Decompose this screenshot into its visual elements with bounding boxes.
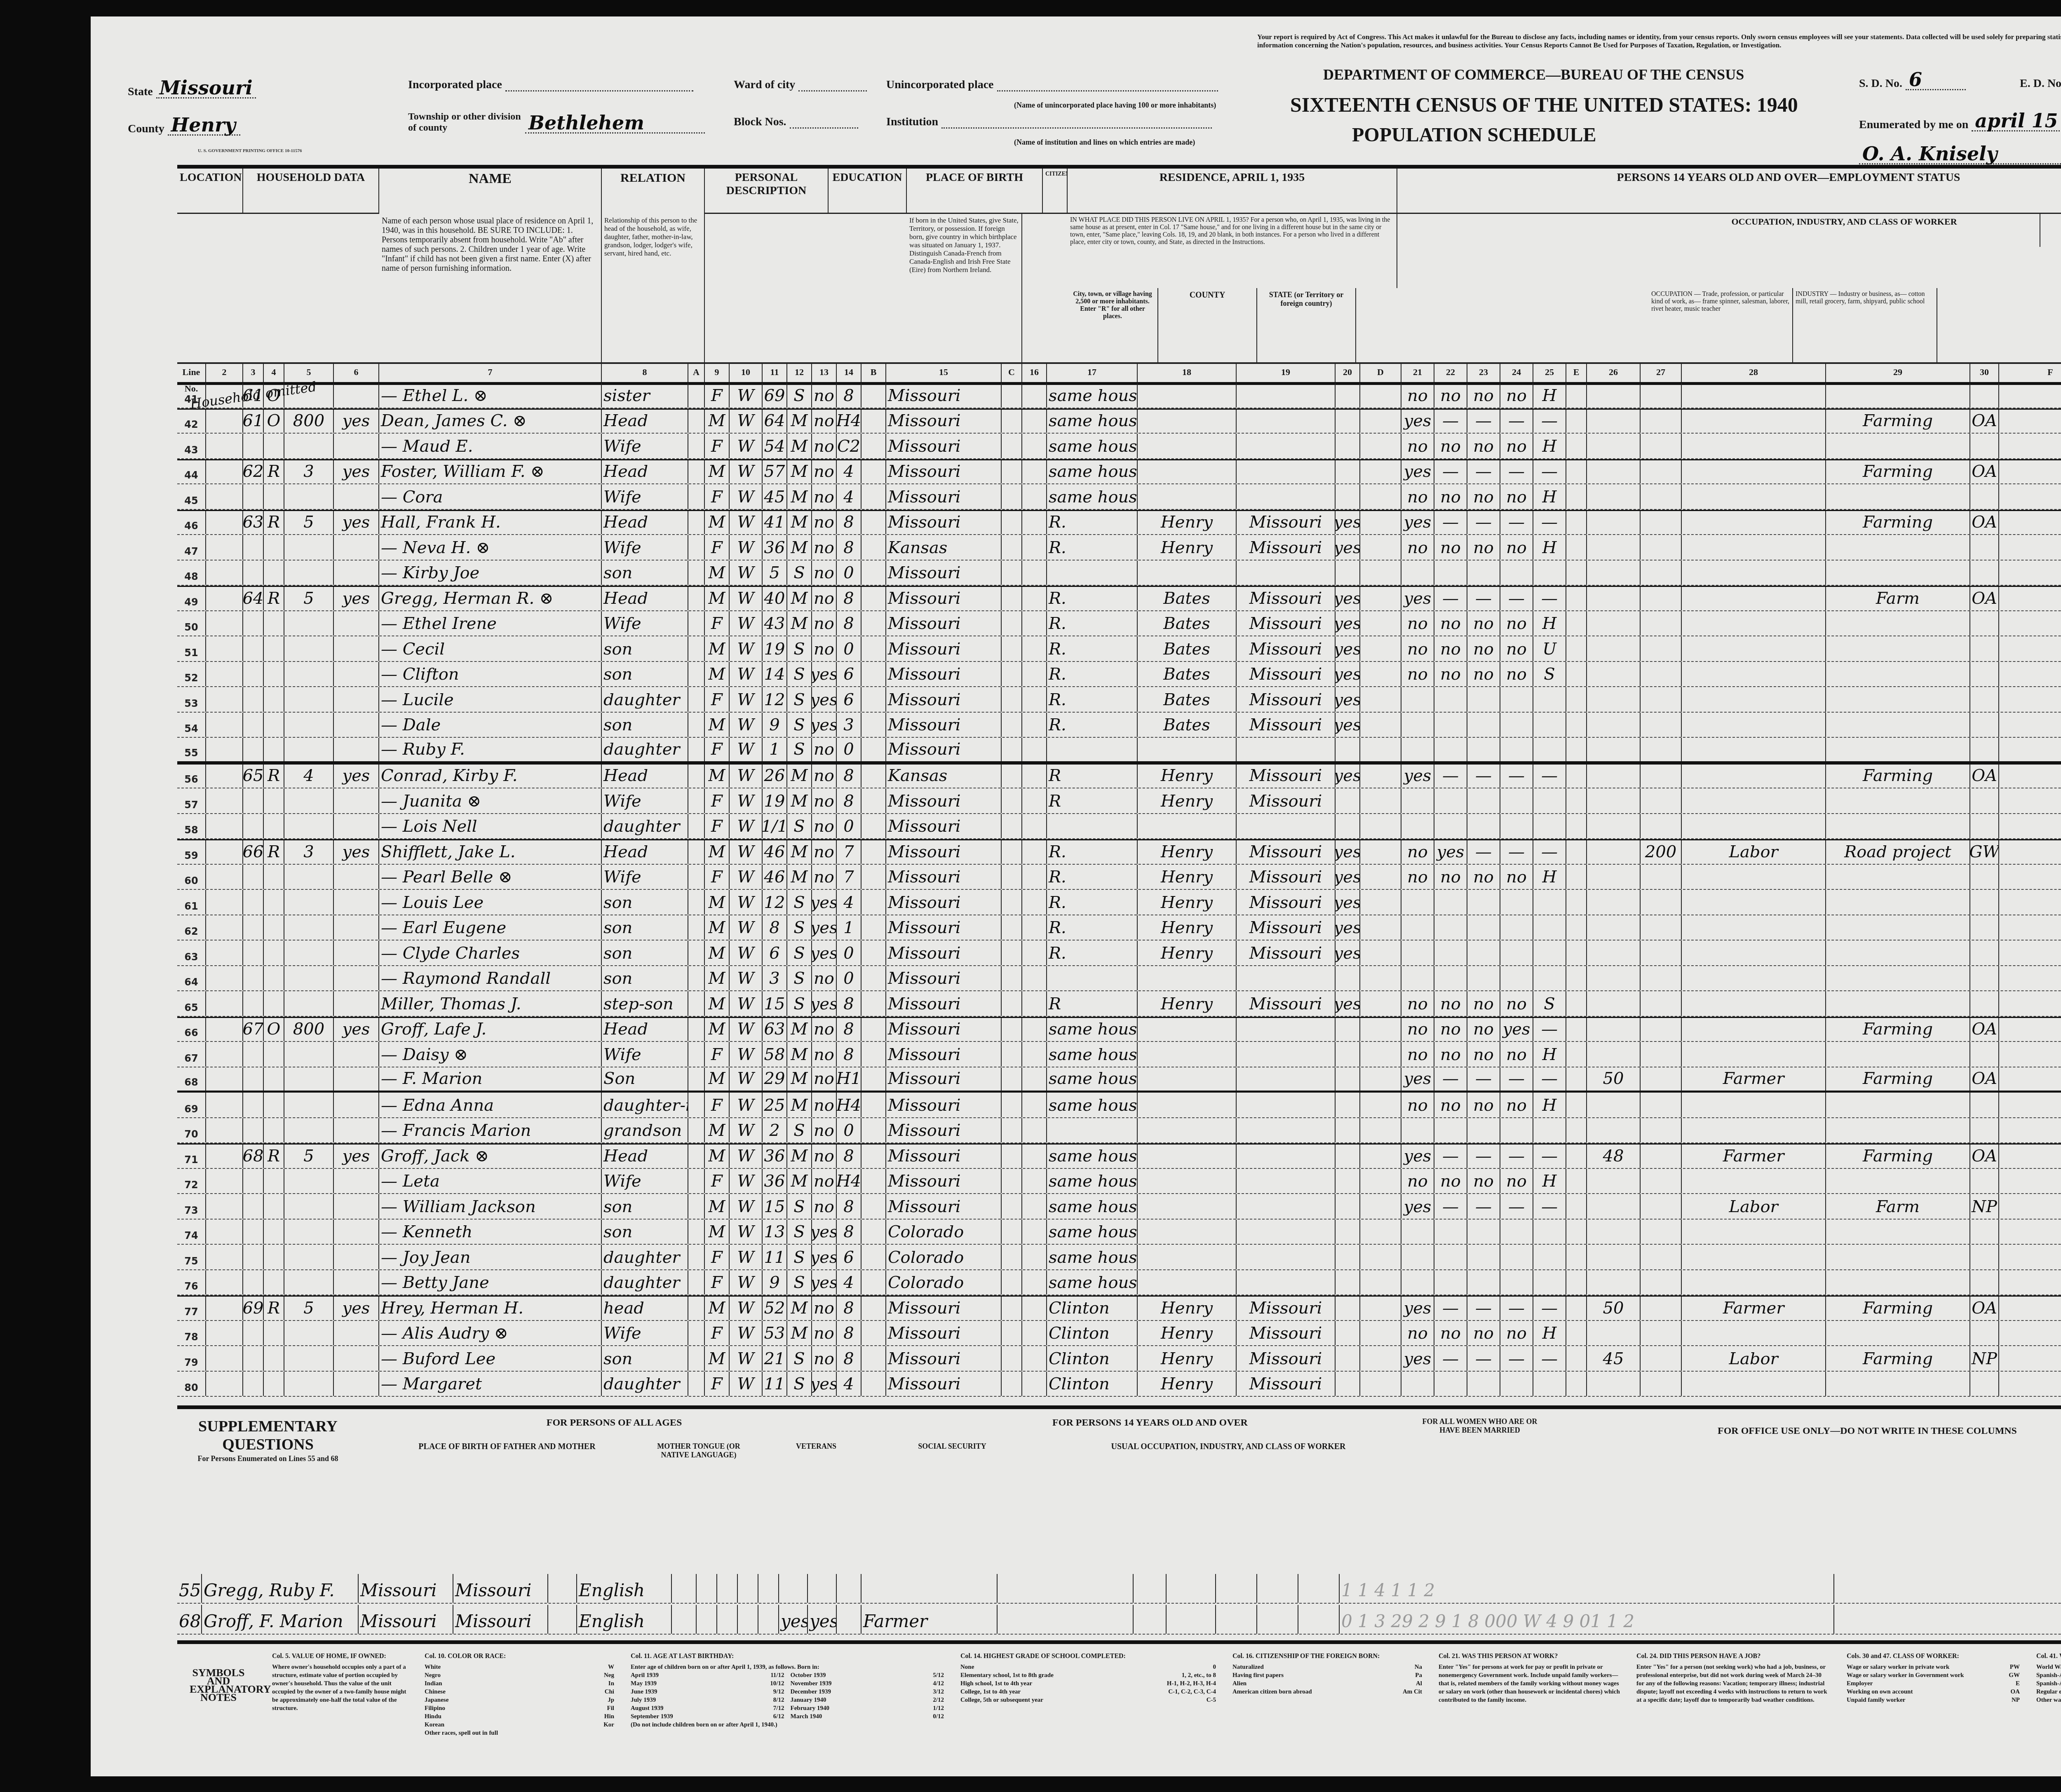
cell-farm: yes (334, 410, 379, 433)
cell-age: 25 (763, 1093, 787, 1117)
cell-code-loc (206, 765, 243, 788)
supp-cell-col-39 (697, 1574, 717, 1603)
cell-res-farm: yes (1336, 991, 1360, 1016)
cell-code-D (1360, 1245, 1401, 1269)
cell-name: — F. Marion (379, 1067, 602, 1091)
cell-w24: — (1500, 587, 1533, 610)
cell-hours (1587, 814, 1641, 839)
cell-sex: F (705, 814, 730, 839)
cell-w22 (1434, 915, 1467, 940)
cell-farm: yes (334, 840, 379, 864)
cell-code-E (1566, 434, 1587, 458)
cell-race: W (730, 611, 763, 636)
cell-code-C (1002, 1270, 1022, 1295)
cell-w21: yes (1401, 1194, 1434, 1219)
cell-res-county (1138, 460, 1237, 484)
cell-farm (334, 636, 379, 661)
cell-birthplace: Missouri (886, 1042, 1002, 1067)
cell-school: no (812, 966, 837, 991)
cell-cow: GW (1970, 840, 1999, 864)
cell-tenure (264, 814, 284, 839)
cell-w23: no (1467, 1169, 1500, 1194)
cell-farm (334, 1194, 379, 1219)
cell-w25 (1533, 1270, 1566, 1295)
cell-code-C (1002, 434, 1022, 458)
cell-code-E (1566, 840, 1587, 864)
supp-cell-mother: Missouri (453, 1574, 548, 1603)
cell-code-16 (1022, 1067, 1047, 1091)
cell-code-E (1566, 460, 1587, 484)
cell-w23 (1467, 1270, 1500, 1295)
cell-w21: no (1401, 611, 1434, 636)
cell-tenure (264, 1321, 284, 1346)
cell-cow: OA (1970, 1145, 1999, 1168)
cell-code-loc (206, 1220, 243, 1244)
cell-farm (334, 1372, 379, 1396)
cell-tenure: R (264, 511, 284, 535)
cell-sex: M (705, 890, 730, 915)
cell-industry (1826, 1042, 1970, 1067)
cell-grade: 0 (837, 966, 861, 991)
cell-relation: son (602, 915, 688, 940)
cell-res-county (1138, 410, 1237, 433)
cell-birthplace: Missouri (886, 484, 1002, 509)
cell-value: 5 (284, 511, 334, 535)
cell-code-F (1999, 713, 2061, 737)
cell-hours (1587, 410, 1641, 433)
cell-code-F (1999, 1118, 2061, 1143)
cell-w24 (1500, 941, 1533, 965)
cell-code-A (688, 662, 705, 687)
cell-w21 (1401, 713, 1434, 737)
cell-w25: H (1533, 383, 1566, 408)
supplementary-title: SUPPLEMENTARY QUESTIONS (185, 1417, 350, 1454)
cell-farm (334, 814, 379, 839)
cell-tenure (264, 991, 284, 1016)
table-row: 69— Edna Annadaughter-in-lawFW25MnoH4Mis… (177, 1093, 2061, 1118)
cell-tenure (264, 1346, 284, 1371)
cell-res-farm (1336, 1145, 1360, 1168)
cell-code-E (1566, 713, 1587, 737)
cell-birthplace: Missouri (886, 1169, 1002, 1194)
cell-code-16 (1022, 662, 1047, 687)
cell-occupation (1682, 713, 1826, 737)
cell-res-city: same house (1047, 1145, 1138, 1168)
cell-res-state (1237, 383, 1336, 408)
cell-industry (1826, 611, 1970, 636)
cell-res-state: Missouri (1237, 535, 1336, 560)
table-row: 4161O— Ethel L. ⊗sisterFW69Sno8Missouris… (177, 383, 2061, 408)
cell-race: W (730, 814, 763, 839)
cell-birthplace: Missouri (886, 840, 1002, 864)
cell-weeks-unemp (1641, 1245, 1682, 1269)
cell-w22: — (1434, 587, 1467, 610)
cell-school: no (812, 636, 837, 661)
cell-res-city: R. (1047, 890, 1138, 915)
cell-age: 9 (763, 1270, 787, 1295)
supp-cell-col-code (548, 1574, 577, 1603)
population-table: LOCATION HOUSEHOLD DATA NAME Name of eac… (177, 165, 2061, 1405)
cell-res-county: Henry (1138, 511, 1237, 535)
cell-weeks-unemp (1641, 383, 1682, 408)
cell-cow: OA (1970, 1018, 1999, 1041)
cell-dwelling (243, 966, 264, 991)
cell-value (284, 814, 334, 839)
cell-code-C (1002, 535, 1022, 560)
cell-w21 (1401, 890, 1434, 915)
table-row: 68— F. MarionSonMW29MnoH1Missourisame ho… (177, 1067, 2061, 1093)
supp-cell-col-44 (837, 1605, 861, 1634)
cell-sex: F (705, 611, 730, 636)
cell-code-B (861, 1145, 886, 1168)
cell-name: Hall, Frank H. (379, 511, 602, 535)
cell-code-A (688, 788, 705, 813)
cell-dwelling: 66 (243, 840, 264, 864)
cell-res-city: same house (1047, 434, 1138, 458)
cell-hours (1587, 687, 1641, 712)
cell-school: no (812, 484, 837, 509)
note-item: January 19402/12 (791, 1696, 944, 1704)
cell-grade: 4 (837, 484, 861, 509)
cell-w21: yes (1401, 1346, 1434, 1371)
cell-value: 3 (284, 460, 334, 484)
cell-code-16 (1022, 1194, 1047, 1219)
cell-code-E (1566, 941, 1587, 965)
cell-code-loc (206, 1372, 243, 1396)
cell-dwelling (243, 814, 264, 839)
cell-code-B (861, 1118, 886, 1143)
note-item: AlienAl (1232, 1679, 1422, 1688)
cell-dwelling (243, 890, 264, 915)
cell-occupation (1682, 460, 1826, 484)
cell-race: W (730, 966, 763, 991)
cell-w23: no (1467, 484, 1500, 509)
cell-code-D (1360, 561, 1401, 585)
cell-farm: yes (334, 587, 379, 610)
cell-w25: — (1533, 587, 1566, 610)
table-row: 64— Raymond RandallsonMW3Sno0Missouri64 (177, 966, 2061, 992)
cell-tenure (264, 865, 284, 889)
cell-occupation (1682, 1220, 1826, 1244)
schedule-title: POPULATION SCHEDULE (1352, 124, 1596, 146)
cell-industry: Farm (1826, 587, 1970, 610)
cell-hours (1587, 1018, 1641, 1041)
cell-res-city: Clinton (1047, 1346, 1138, 1371)
cell-w25: H (1533, 611, 1566, 636)
cell-relation: daughter (602, 1270, 688, 1295)
cell-code-F (1999, 1372, 2061, 1396)
cell-res-farm: yes (1336, 511, 1360, 535)
cell-occupation: Farmer (1682, 1145, 1826, 1168)
cell-w25: H (1533, 484, 1566, 509)
table-body: 4161O— Ethel L. ⊗sisterFW69Sno8Missouris… (177, 383, 2061, 1397)
cell-farm (334, 662, 379, 687)
cell-sex: F (705, 1270, 730, 1295)
cell-w25 (1533, 1118, 1566, 1143)
cell-res-county (1138, 1169, 1237, 1194)
cell-code-loc (206, 687, 243, 712)
cell-res-farm (1336, 1372, 1360, 1396)
cell-code-E (1566, 1093, 1587, 1117)
table-row: 74— KennethsonMW13Syes8Coloradosame hous… (177, 1220, 2061, 1245)
cell-res-state: Missouri (1237, 1321, 1336, 1346)
cell-res-county (1138, 1067, 1237, 1091)
cell-code-C (1002, 1018, 1022, 1041)
cell-cow (1970, 814, 1999, 839)
cell-sex: M (705, 410, 730, 433)
cell-w21 (1401, 1372, 1434, 1396)
table-row: 47— Neva H. ⊗WifeFW36Mno8KansasR.HenryMi… (177, 535, 2061, 561)
cell-marital: S (787, 662, 812, 687)
cell-res-city: Clinton (1047, 1297, 1138, 1320)
cell-value (284, 1093, 334, 1117)
cell-industry (1826, 484, 1970, 509)
cell-relation: Head (602, 765, 688, 788)
cell-marital: M (787, 1321, 812, 1346)
cell-code-16 (1022, 611, 1047, 636)
cell-farm (334, 561, 379, 585)
cell-code-F (1999, 1321, 2061, 1346)
cell-value (284, 561, 334, 585)
cell-res-farm (1336, 1346, 1360, 1371)
cell-code-loc (206, 788, 243, 813)
cell-farm (334, 484, 379, 509)
cell-code-C (1002, 1118, 1022, 1143)
cell-w25: — (1533, 1145, 1566, 1168)
block-field: Block Nos. (734, 115, 858, 129)
cell-hours (1587, 484, 1641, 509)
cell-name: — Cecil (379, 636, 602, 661)
cell-tenure (264, 687, 284, 712)
cell-w22 (1434, 1245, 1467, 1269)
cell-w21 (1401, 1220, 1434, 1244)
cell-occupation (1682, 814, 1826, 839)
cell-birthplace: Missouri (886, 561, 1002, 585)
cell-res-state (1237, 1145, 1336, 1168)
cell-tenure (264, 561, 284, 585)
group-location: LOCATION (177, 169, 243, 214)
cell-code-loc (206, 1145, 243, 1168)
cell-res-state: Missouri (1237, 511, 1336, 535)
cell-birthplace: Missouri (886, 890, 1002, 915)
cell-code-A (688, 383, 705, 408)
cell-line: 48 (177, 561, 206, 585)
cell-tenure: R (264, 460, 284, 484)
cell-code-C (1002, 1093, 1022, 1117)
cell-relation: son (602, 1220, 688, 1244)
cell-code-A (688, 890, 705, 915)
table-row: 70— Francis MariongrandsonMW2Sno0Missour… (177, 1118, 2061, 1144)
cell-school: no (812, 788, 837, 813)
cell-occupation (1682, 434, 1826, 458)
cell-code-F (1999, 687, 2061, 712)
cell-birthplace: Missouri (886, 1018, 1002, 1041)
cell-sex: M (705, 966, 730, 991)
cell-code-B (861, 738, 886, 761)
cell-code-B (861, 484, 886, 509)
cell-w23 (1467, 814, 1500, 839)
cell-marital: S (787, 941, 812, 965)
cell-code-D (1360, 460, 1401, 484)
cell-value (284, 1245, 334, 1269)
cell-industry: Farming (1826, 1346, 1970, 1371)
supp-cell-col-j (1167, 1574, 1216, 1603)
cell-grade: 6 (837, 662, 861, 687)
cell-code-D (1360, 1321, 1401, 1346)
cell-marital: M (787, 484, 812, 509)
cell-w24 (1500, 561, 1533, 585)
cell-code-F (1999, 840, 2061, 864)
cell-w22 (1434, 713, 1467, 737)
cell-res-city (1047, 561, 1138, 585)
cell-w23: — (1467, 410, 1500, 433)
cell-marital: S (787, 1194, 812, 1219)
cell-w23: — (1467, 460, 1500, 484)
cell-res-farm (1336, 1297, 1360, 1320)
cell-name: — Neva H. ⊗ (379, 535, 602, 560)
cell-tenure: O (264, 410, 284, 433)
cell-name: — Ruby F. (379, 738, 602, 761)
cell-w23 (1467, 738, 1500, 761)
cell-code-16 (1022, 1145, 1047, 1168)
cell-sex: F (705, 788, 730, 813)
cell-w24: no (1500, 636, 1533, 661)
cell-w25 (1533, 687, 1566, 712)
cell-cow (1970, 611, 1999, 636)
cell-code-C (1002, 687, 1022, 712)
cell-code-D (1360, 738, 1401, 761)
cell-res-state (1237, 434, 1336, 458)
cell-res-farm (1336, 1194, 1360, 1219)
cell-marital: S (787, 966, 812, 991)
cell-school: no (812, 1042, 837, 1067)
cell-grade: 8 (837, 535, 861, 560)
cell-sex: F (705, 1321, 730, 1346)
cell-tenure: O (264, 383, 284, 408)
cell-res-state: Missouri (1237, 1346, 1336, 1371)
table-row: 79— Buford LeesonMW21Sno8MissouriClinton… (177, 1346, 2061, 1372)
cell-grade: 7 (837, 840, 861, 864)
cell-occupation (1682, 1372, 1826, 1396)
cell-hours (1587, 460, 1641, 484)
cell-relation: son (602, 966, 688, 991)
cell-weeks-unemp: 200 (1641, 840, 1682, 864)
cell-code-16 (1022, 915, 1047, 940)
cell-res-state (1237, 1042, 1336, 1067)
cell-w24: no (1500, 662, 1533, 687)
cell-birthplace: Missouri (886, 991, 1002, 1016)
supp-cell-col-40 (717, 1574, 738, 1603)
cell-code-A (688, 1245, 705, 1269)
cell-code-B (861, 662, 886, 687)
cell-res-county: Bates (1138, 687, 1237, 712)
cell-w25 (1533, 788, 1566, 813)
cell-code-E (1566, 738, 1587, 761)
cell-relation: daughter (602, 1245, 688, 1269)
cell-name: Dean, James C. ⊗ (379, 410, 602, 433)
cell-res-city (1047, 1118, 1138, 1143)
cell-birthplace: Colorado (886, 1220, 1002, 1244)
cell-code-E (1566, 587, 1587, 610)
cell-w25: — (1533, 410, 1566, 433)
cell-code-loc (206, 383, 243, 408)
cell-relation: daughter (602, 1372, 688, 1396)
table-row: 45— CoraWifeFW45Mno4Missourisame houseno… (177, 484, 2061, 510)
cell-farm (334, 738, 379, 761)
cell-relation: daughter (602, 738, 688, 761)
table-row: 80— MargaretdaughterFW11Syes4MissouriCli… (177, 1372, 2061, 1397)
cell-code-A (688, 1018, 705, 1041)
cell-res-city: R. (1047, 587, 1138, 610)
cell-tenure: R (264, 1145, 284, 1168)
cell-race: W (730, 1321, 763, 1346)
cell-birthplace: Missouri (886, 434, 1002, 458)
cell-hours (1587, 991, 1641, 1016)
cell-code-16 (1022, 561, 1047, 585)
cell-name: — Lucile (379, 687, 602, 712)
cell-school: yes (812, 915, 837, 940)
cell-code-C (1002, 662, 1022, 687)
supp-cell-line: 55 (177, 1574, 202, 1603)
cell-dwelling: 63 (243, 511, 264, 535)
cell-grade: 0 (837, 941, 861, 965)
cell-relation: son (602, 561, 688, 585)
cell-res-county (1138, 1042, 1237, 1067)
cell-race: W (730, 865, 763, 889)
cell-code-B (861, 1194, 886, 1219)
cell-code-16 (1022, 890, 1047, 915)
supp-cell-col-i (758, 1574, 779, 1603)
cell-dwelling (243, 1067, 264, 1091)
cell-code-F (1999, 1194, 2061, 1219)
cell-age: 64 (763, 410, 787, 433)
cell-school: no (812, 1118, 837, 1143)
cell-line: 68 (177, 1067, 206, 1091)
cell-weeks-unemp (1641, 941, 1682, 965)
cell-code-16 (1022, 460, 1047, 484)
cell-w21: yes (1401, 460, 1434, 484)
cell-line: 80 (177, 1372, 206, 1396)
cell-cow: OA (1970, 460, 1999, 484)
cell-sex: M (705, 840, 730, 864)
cell-w22: no (1434, 865, 1467, 889)
cell-code-B (861, 1067, 886, 1091)
cell-age: 11 (763, 1372, 787, 1396)
cell-w23: — (1467, 1145, 1500, 1168)
cell-w23: no (1467, 611, 1500, 636)
cell-code-loc (206, 1067, 243, 1091)
cell-grade: 6 (837, 687, 861, 712)
cell-marital: M (787, 611, 812, 636)
cell-race: W (730, 535, 763, 560)
cell-w22: no (1434, 1042, 1467, 1067)
cell-code-C (1002, 941, 1022, 965)
cell-line: 66 (177, 1018, 206, 1041)
cell-birthplace: Missouri (886, 1297, 1002, 1320)
note-item: ChineseChi (425, 1688, 614, 1696)
cell-age: 12 (763, 687, 787, 712)
cell-w21: no (1401, 1321, 1434, 1346)
cell-res-farm (1336, 1093, 1360, 1117)
cell-tenure (264, 611, 284, 636)
cell-code-E (1566, 814, 1587, 839)
cell-w25: U (1533, 636, 1566, 661)
cell-sex: M (705, 765, 730, 788)
cell-w25 (1533, 941, 1566, 965)
cell-code-A (688, 687, 705, 712)
cell-birthplace: Missouri (886, 1194, 1002, 1219)
supp-cell-col-39 (697, 1605, 717, 1634)
